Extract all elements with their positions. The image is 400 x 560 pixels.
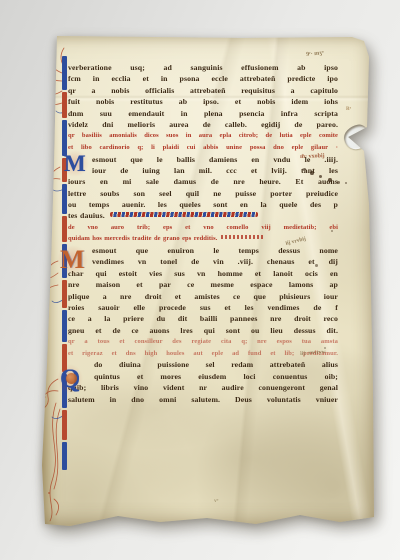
ink-speck	[328, 178, 332, 182]
manuscript-text-line: char qui estoit vies sus vn homme et lan…	[68, 268, 338, 279]
ornament-bar-segment	[62, 280, 67, 308]
manuscript-text-line: quib; libris vino vident nr audire conue…	[68, 382, 338, 393]
photo-backdrop: verberatione usq; ad sanguinis effusione…	[0, 0, 400, 560]
ink-speck	[303, 168, 306, 171]
manuscript-text-line: iours en mi sale damus de nre heure. Et …	[68, 176, 338, 187]
manuscript-text-line: de vno auro trib; eps et vno comello vii…	[68, 222, 338, 234]
manuscript-text-line: esmout que enuiron le temps dessus nome	[68, 245, 338, 256]
line-filler-squiggle	[221, 235, 263, 239]
manuscript-text-line: roies sauoir elle procede sus et les ven…	[68, 302, 338, 313]
ornament-bar-segment	[62, 56, 67, 90]
initial-letter: M	[60, 247, 85, 273]
manuscript-text-line: plique a nre droit et amistes ce que plu…	[68, 291, 338, 302]
manuscript-text-line: fcm in ecclia et in psona eccle attrebat…	[68, 73, 338, 84]
line-filler-braid	[110, 212, 258, 217]
manuscript-text-line: salutem in dno omni salutem. Deus volunt…	[68, 394, 338, 405]
initial-m-blue: M	[61, 150, 89, 177]
edge-mark: Rᵃ	[346, 107, 351, 112]
ornament-bar-segment	[62, 410, 67, 440]
manuscript-text-line: verberatione usq; ad sanguinis effusione…	[68, 62, 338, 73]
ornament-bar-segment	[62, 216, 67, 242]
initial-letter: M	[64, 152, 86, 175]
manuscript-text-line: fuit nobis restitutus ab ipso. et nobis …	[68, 96, 338, 107]
manuscript-text-line: lettre soubs son seel quil ne puisse por…	[68, 188, 338, 199]
manuscript-text-line: esmout que le ballis damiens en vndu le …	[68, 154, 338, 165]
manuscript-text-line: et libo cardinorio q; li plaidi cui abbi…	[68, 142, 338, 154]
manuscript-text-line: ou temps auenir. les queles sont en la q…	[68, 199, 338, 210]
initial-m-orange: M	[57, 245, 88, 275]
manuscript-text-line: qr a tous et consilleur des regiate cita…	[68, 336, 338, 348]
manuscript-leaf: verberatione usq; ad sanguinis effusione…	[42, 35, 375, 527]
manuscript-text-line: ce a la priere du dit bailli pannees nre…	[68, 313, 338, 324]
manuscript-text-line: videlz dni melioris aurea de calleb. egi…	[68, 119, 338, 130]
manuscript-text-line: do diuina puissione sel redam attrebateñ…	[68, 359, 338, 370]
manuscript-text-line: tes dauius.	[68, 210, 338, 221]
manuscript-text-line: gneu et de ce auons lres qui sont ou lie…	[68, 325, 338, 336]
manuscript-text-line: et rigeraz et dns high houles aut eple a…	[68, 348, 338, 360]
manuscript-text-line: qr a nobis officialis attrebateñ requisi…	[68, 85, 338, 96]
ink-speck	[345, 182, 347, 184]
marginal-note-1: m̃· vxobij	[300, 153, 325, 160]
worm-hole	[342, 123, 372, 151]
parchment-surface: verberatione usq; ad sanguinis effusione…	[42, 35, 375, 527]
ink-speck	[310, 171, 314, 175]
initial-q-blue: Q	[57, 364, 83, 394]
ornament-bar-segment	[62, 184, 67, 214]
initial-infill-dot	[66, 373, 77, 384]
folio-mark: vᵒ	[214, 498, 218, 504]
ink-speck	[337, 181, 340, 184]
manuscript-text-line: dnm suu emendauit in plena psencia infra…	[68, 108, 338, 119]
manuscript-text-line: iour de iuing lan mil. ccc et lviij. tan…	[68, 165, 338, 176]
manuscript-text-line: nre maison et par ce mesme espace lamons…	[68, 279, 338, 290]
ornament-bar-segment	[62, 442, 67, 470]
ink-speck	[315, 264, 318, 267]
text-block: verberatione usq; ad sanguinis effusione…	[68, 62, 338, 405]
ink-speck	[319, 175, 322, 178]
manuscript-text-line: qr basiliis amonialis dicos suos in aura…	[68, 130, 338, 142]
ornament-bar-segment	[62, 310, 67, 342]
top-right-inscription: 9ʳ· mʒᵒ	[306, 50, 324, 58]
manuscript-text-line: vendimes vn tonel de vin .viij. chenaus …	[68, 256, 338, 267]
ornament-bar-segment	[62, 92, 67, 118]
manuscript-text-line: quintus et mores eiusdem loci conuentus …	[68, 371, 338, 382]
